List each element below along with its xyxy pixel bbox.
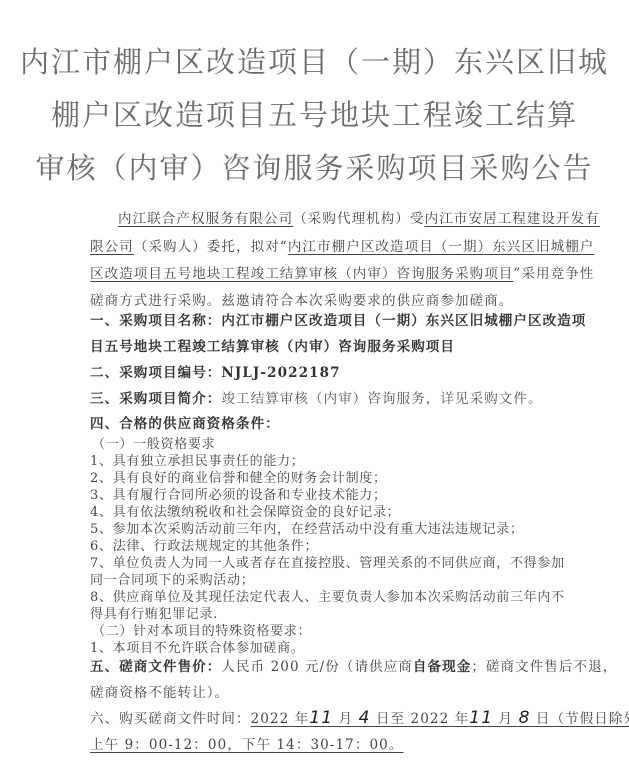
section-1-line-1: 一、采购项目名称：内江市棚户区改造项目（一期）东兴区旧城棚户区改造项 [90,309,586,329]
intro-line-3: 区改造项目五号地块工程竣工结算审核（内审）咨询服务采购项目”采用竞争性 [90,262,594,282]
intro-line-2: 限公司（采购人）委托，拟对“内江市棚户区改造项目（一期）东兴区旧城棚户 [90,235,594,255]
price-note: ；磋商文件售后不退， [471,659,617,675]
purchaser-name-part1: 内江市安居工程建设开发有 [425,211,600,227]
title-line-3: 审核（内审）咨询服务采购项目采购公告 [0,146,629,187]
day-to: 日至 2022 年 [376,711,469,727]
agent-name: 内江联合产权服务有限公司 [118,211,293,227]
end-day-handwritten: 8 [519,708,531,728]
title-line-1: 内江市棚户区改造项目（一期）东兴区旧城 [0,40,629,81]
section-6-label: 六、购买磋商文件时间： [90,711,251,727]
start-year: 2022 年 [251,711,310,727]
purchaser-name-part2: 限公司 [90,239,134,255]
agent-role: （采购代理机构）受 [293,211,424,227]
section-5-line-2: 磋商资格不能转让）。 [90,681,229,701]
intro-line-4: 磋商方式进行采购。兹邀请符合本次采购要求的供应商参加磋商。 [90,289,513,309]
end-month-handwritten: 11 [469,708,493,728]
start-month-handwritten: 11 [309,708,333,728]
section-4-label: 四、合格的供应商资格条件： [90,412,280,432]
title-line-2: 棚户区改造项目五号地块工程竣工结算 [0,93,629,134]
section-3-value: 竣工结算审核（内审）咨询服务，详见采购文件。 [221,391,542,407]
section-1-value: 内江市棚户区改造项目（一期）东兴区旧城棚户区改造项 [221,313,586,329]
holiday-note: 日（节假日除外）， [536,711,629,727]
section-3: 三、采购项目简介：竣工结算审核（内审）咨询服务，详见采购文件。 [90,387,543,407]
price-value: 人民币 200 元/份（请供应商 [221,659,413,675]
section-3-label: 三、采购项目简介： [90,391,221,407]
section-1-label: 一、采购项目名称： [90,313,221,329]
project-number: NJLJ-2022187 [221,365,340,381]
special-item: 1、本项目不允许联合体参加磋商。 [90,637,304,656]
intro-line-1: 内江联合产权服务有限公司（采购代理机构）受内江市安居工程建设开发有 [118,207,600,227]
office-hours: 上午 9：00-12：00，下午 14：30-17：00。 [90,733,403,753]
month-unit: 月 [499,711,514,727]
purchaser-role: （采购人）委托，拟对“ [134,239,288,255]
section-2: 二、采购项目编号：NJLJ-2022187 [90,361,341,381]
start-day-handwritten: 4 [359,708,371,728]
procurement-method: ”采用竞争性 [513,266,594,282]
cash-note: 自备现金 [413,659,471,675]
section-5-line-1: 五、磋商文件售价：人民币 200 元/份（请供应商自备现金；磋商文件售后不退， [90,655,617,675]
project-name-part2: 区改造项目五号地块工程竣工结算审核（内审）咨询服务采购项目 [90,266,513,282]
month-unit: 月 [339,711,354,727]
project-name-part1: 内江市棚户区改造项目（一期）东兴区旧城棚户 [288,239,595,255]
section-6-line-1: 六、购买磋商文件时间：2022 年11 月 4 日至 2022 年11 月 8 … [90,707,629,728]
section-2-label: 二、采购项目编号： [90,365,221,381]
purchase-period: 2022 年11 月 4 日至 2022 年11 月 8 日（节假日除外）， [251,711,629,727]
section-5-label: 五、磋商文件售价： [90,659,221,675]
section-1-line-2: 目五号地块工程竣工结算审核（内审）咨询服务采购项目 [90,335,455,355]
